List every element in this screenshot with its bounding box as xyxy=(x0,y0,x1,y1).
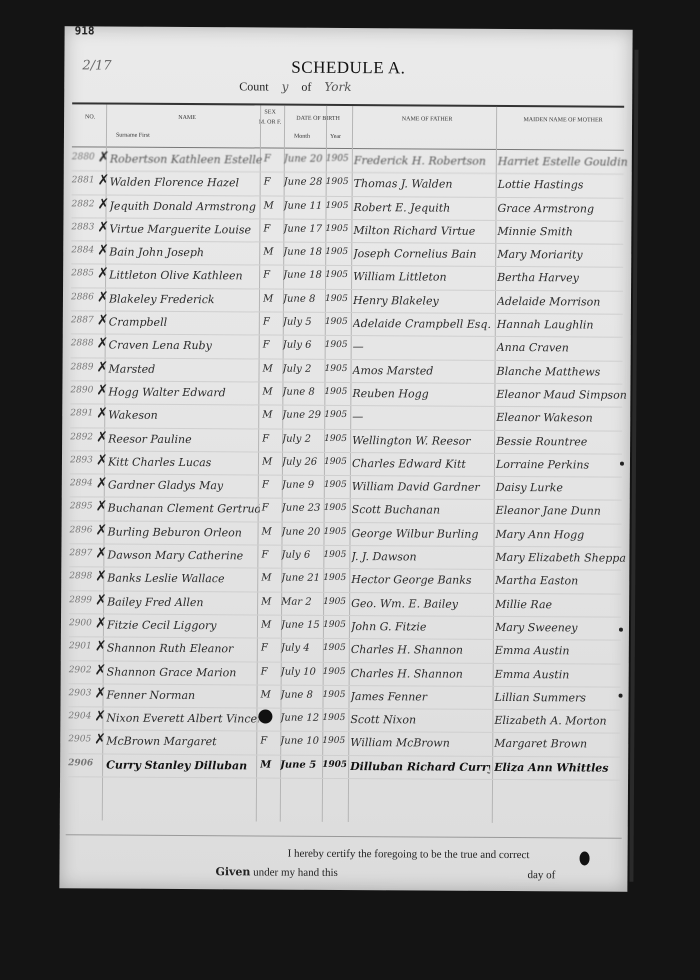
mother-maiden-name: Lottie Hastings xyxy=(498,178,628,192)
birth-year: 1905 xyxy=(325,364,349,374)
birth-month: June 21 xyxy=(281,573,325,584)
sex: M xyxy=(262,386,282,397)
father-name: John G. Fitzie xyxy=(351,620,491,634)
birth-month: June 15 xyxy=(281,620,325,631)
child-name: Shannon Grace Marion xyxy=(107,665,259,679)
mother-maiden-name: Lillian Summers xyxy=(495,691,625,705)
county-line: Count y of York xyxy=(239,79,361,95)
child-name: Fenner Norman xyxy=(107,688,259,702)
col-sex-sub: M. or F. xyxy=(252,119,288,125)
birth-month: June 11 xyxy=(284,200,328,211)
child-name: Reesor Pauline xyxy=(108,432,260,446)
sex: F xyxy=(261,666,281,677)
child-name: Craven Lena Ruby xyxy=(109,339,261,353)
child-name: Fitzie Cecil Liggory xyxy=(107,618,259,632)
table-row: 2896✗Burling Beburon OrleonMJune 201905G… xyxy=(69,521,621,548)
table-row: 2897✗Dawson Mary CatherineFJuly 61905J. … xyxy=(69,544,621,571)
birth-year: 1905 xyxy=(325,340,349,350)
sex: M xyxy=(261,689,281,700)
birth-month: July 6 xyxy=(281,550,325,561)
table-row: 2894✗Gardner Gladys MayFJune 91905Willia… xyxy=(70,474,622,501)
sex: M xyxy=(262,410,282,421)
birth-year: 1905 xyxy=(325,270,349,280)
birth-year: 1905 xyxy=(324,410,348,420)
sex: F xyxy=(263,223,283,234)
father-name: Frederick H. Robertson xyxy=(354,154,494,168)
child-name: Jequith Donald Armstrong xyxy=(110,199,262,213)
table-row: 2899✗Bailey Fred AllenMMar 21905Geo. Wm.… xyxy=(69,591,621,618)
mother-maiden-name: Emma Austin xyxy=(495,644,625,658)
child-name: Wakeson xyxy=(108,409,260,423)
father-name: Charles H. Shannon xyxy=(351,643,491,657)
col-child: Name xyxy=(132,115,242,122)
register-page: 918 2/17 SCHEDULE A. Count y of York No.… xyxy=(59,26,632,891)
mother-maiden-name: Minnie Smith xyxy=(497,225,627,239)
sex: F xyxy=(262,433,282,444)
mother-maiden-name: Hannah Laughlin xyxy=(497,318,627,332)
mother-maiden-name: Mary Sweeney xyxy=(495,621,625,635)
child-name: Buchanan Clement Gertrude xyxy=(108,502,260,516)
table-row: 2884✗Bain John JosephMJune 181905Joseph … xyxy=(71,242,623,269)
father-name: Adelaide Crampbell Esq. xyxy=(353,317,493,331)
father-name: Geo. Wm. E. Bailey xyxy=(351,597,491,611)
table-row: 2900✗Fitzie Cecil LiggoryMJune 151905Joh… xyxy=(69,614,621,641)
child-name: Bain John Joseph xyxy=(109,246,261,260)
mother-maiden-name: Martha Easton xyxy=(495,574,625,588)
birth-month: June 8 xyxy=(281,689,325,700)
county-name: York xyxy=(324,80,351,94)
row-number: 2906 xyxy=(68,758,98,768)
county-number: y xyxy=(282,80,289,94)
father-name: — xyxy=(352,410,492,424)
mother-maiden-name: Harriet Estelle Goulding xyxy=(498,155,628,169)
sex: F xyxy=(260,736,280,747)
mother-maiden-name: Lorraine Perkins xyxy=(496,458,626,472)
father-name: Thomas J. Walden xyxy=(354,177,494,191)
birth-month: June 20 xyxy=(284,154,328,165)
birth-month: June 18 xyxy=(283,270,327,281)
birth-year: 1905 xyxy=(326,154,350,164)
mother-maiden-name: Mary Ann Hogg xyxy=(496,528,626,542)
sex: F xyxy=(261,643,281,654)
day-of-text: day of xyxy=(527,869,555,881)
child-name: Banks Leslie Wallace xyxy=(107,572,259,586)
child-name: Robertson Kathleen Estelle xyxy=(110,153,262,167)
father-name: William Littleton xyxy=(353,271,493,285)
father-name: Charles H. Shannon xyxy=(351,667,491,681)
father-name: Robert E. Jequith xyxy=(353,201,493,215)
father-name: George Wilbur Burling xyxy=(352,527,492,541)
child-name: Virtue Marguerite Louise xyxy=(109,222,261,236)
birth-month: June 18 xyxy=(283,247,327,258)
table-row: 2889✗MarstedMJuly 21905Amos MarstedBlanc… xyxy=(70,358,622,385)
county-of: of xyxy=(301,80,311,94)
col-child-sub: Surname First xyxy=(116,133,150,139)
sex: M xyxy=(263,363,283,374)
table-row: 2906Curry Stanley DillubanMJune 51905Dil… xyxy=(68,754,620,781)
binding-hole xyxy=(258,709,272,723)
child-name: Burling Beburon Orleon xyxy=(108,525,260,539)
table-row: 2885✗Littleton Olive KathleenFJune 18190… xyxy=(71,265,623,292)
father-name: Hector George Banks xyxy=(351,573,491,587)
birth-month: June 23 xyxy=(282,503,326,514)
father-name: William McBrown xyxy=(350,736,490,750)
birth-year: 1905 xyxy=(324,387,348,397)
sex: F xyxy=(262,503,282,514)
birth-month: June 9 xyxy=(282,480,326,491)
page-edge-shadow xyxy=(629,50,638,882)
col-no: No. xyxy=(78,114,102,120)
given-rest: under my hand this xyxy=(253,866,338,879)
child-name: Walden Florence Hazel xyxy=(110,176,262,190)
child-name: Shannon Ruth Eleanor xyxy=(107,642,259,656)
table-row: 2887✗CrampbellFJuly 51905Adelaide Crampb… xyxy=(71,311,623,338)
table-row: 2891✗WakesonMJune 291905—Eleanor Wakeson xyxy=(70,405,622,432)
footer-rule xyxy=(66,834,622,838)
mother-maiden-name: Millie Rae xyxy=(495,598,625,612)
col-date-of-birth: Date of Birth xyxy=(288,116,348,122)
table-row: 2898✗Banks Leslie WallaceMJune 211905Hec… xyxy=(69,568,621,595)
birth-month: June 8 xyxy=(283,293,327,304)
col-mother: Maiden Name of Mother xyxy=(498,117,628,124)
schedule-title: SCHEDULE A. xyxy=(64,56,632,79)
birth-year: 1905 xyxy=(325,247,349,257)
table-row: 2903✗Fenner NormanMJune 81905James Fenne… xyxy=(68,684,620,711)
table-row: 2888✗Craven Lena RubyFJuly 61905—Anna Cr… xyxy=(71,335,623,362)
father-name: Reuben Hogg xyxy=(352,387,492,401)
father-name: Joseph Cornelius Bain xyxy=(353,247,493,261)
ink-dot xyxy=(619,628,623,632)
table-row: 2902✗Shannon Grace MarionFJuly 101905Cha… xyxy=(69,661,621,688)
father-name: J. J. Dawson xyxy=(351,550,491,564)
child-name: Gardner Gladys May xyxy=(108,479,260,493)
mother-maiden-name: Eleanor Maud Simpson xyxy=(496,388,626,402)
sex: F xyxy=(263,317,283,328)
birth-month: July 2 xyxy=(282,433,326,444)
birth-year: 1905 xyxy=(325,317,349,327)
county-label: Count xyxy=(239,79,268,93)
birth-month: June 20 xyxy=(282,526,326,537)
child-name: Kitt Charles Lucas xyxy=(108,455,260,469)
mother-maiden-name: Blanche Matthews xyxy=(497,365,627,379)
birth-year: 1905 xyxy=(324,527,348,537)
child-name: Bailey Fred Allen xyxy=(107,595,259,609)
ink-dot xyxy=(620,462,624,466)
birth-year: 1905 xyxy=(324,480,348,490)
birth-year: 1905 xyxy=(324,503,348,513)
table-row: 2905✗McBrown MargaretFJune 101905William… xyxy=(68,731,620,758)
birth-year: 1905 xyxy=(323,666,347,676)
father-name: Amos Marsted xyxy=(353,364,493,378)
birth-year: 1905 xyxy=(323,620,347,630)
birth-year: 1905 xyxy=(323,597,347,607)
birth-month: June 17 xyxy=(283,224,327,235)
mother-maiden-name: Eliza Ann Whittles xyxy=(494,761,624,775)
sex: M xyxy=(261,573,281,584)
sex: F xyxy=(261,550,281,561)
sex: M xyxy=(263,247,283,258)
father-name: Dilluban Richard Curry xyxy=(350,760,490,774)
table-row: 2901✗Shannon Ruth EleanorFJuly 41905Char… xyxy=(69,638,621,665)
mother-maiden-name: Adelaide Morrison xyxy=(497,295,627,309)
father-name: James Fenner xyxy=(351,690,491,704)
birth-month: June 28 xyxy=(284,177,328,188)
mother-maiden-name: Bertha Harvey xyxy=(497,271,627,285)
child-name: Littleton Olive Kathleen xyxy=(109,269,261,283)
child-name: Nixon Everett Albert Vincent xyxy=(106,712,258,726)
birth-year: 1905 xyxy=(322,760,346,770)
sex: M xyxy=(260,759,280,770)
mother-maiden-name: Elizabeth A. Morton xyxy=(494,714,624,728)
table-row: 2880✗Robertson Kathleen EstelleFJune 201… xyxy=(72,148,624,175)
table-row: 2886✗Blakeley FrederickMJune 81905Henry … xyxy=(71,288,623,315)
mother-maiden-name: Emma Austin xyxy=(495,667,625,681)
sex: F xyxy=(263,340,283,351)
birth-year: 1905 xyxy=(326,177,350,187)
page-stamp: 918 xyxy=(75,24,95,37)
birth-month: Mar 2 xyxy=(281,596,325,607)
sex: M xyxy=(261,619,281,630)
birth-month: July 26 xyxy=(282,456,326,467)
table-row: 2881✗Walden Florence HazelFJune 281905Th… xyxy=(72,172,624,199)
sex: M xyxy=(262,526,282,537)
table-row: 2882✗Jequith Donald ArmstrongMJune 11190… xyxy=(71,195,623,222)
birth-year: 1905 xyxy=(323,643,347,653)
mother-maiden-name: Bessie Rountree xyxy=(496,434,626,448)
child-name: Crampbell xyxy=(109,316,261,330)
mother-maiden-name: Eleanor Jane Dunn xyxy=(496,504,626,518)
birth-month: July 5 xyxy=(283,317,327,328)
sex: M xyxy=(263,293,283,304)
birth-month: June 29 xyxy=(282,410,326,421)
child-name: Blakeley Frederick xyxy=(109,292,261,306)
birth-month: July 2 xyxy=(283,363,327,374)
birth-year: 1905 xyxy=(324,433,348,443)
mother-maiden-name: Daisy Lurke xyxy=(496,481,626,495)
table-row: 2892✗Reesor PaulineFJuly 21905Wellington… xyxy=(70,428,622,455)
father-name: Henry Blakeley xyxy=(353,294,493,308)
birth-month: June 12 xyxy=(280,713,324,724)
birth-year: 1905 xyxy=(326,200,350,210)
father-name: William David Gardner xyxy=(352,480,492,494)
child-name: Marsted xyxy=(109,362,261,376)
table-row: 2890✗Hogg Walter EdwardMJune 81905Reuben… xyxy=(70,381,622,408)
mother-maiden-name: Margaret Brown xyxy=(494,737,624,751)
father-name: Scott Nixon xyxy=(350,713,490,727)
mother-maiden-name: Anna Craven xyxy=(497,341,627,355)
child-name: Dawson Mary Catherine xyxy=(107,549,259,563)
certification-text: I hereby certify the foregoing to be the… xyxy=(288,848,530,861)
col-father: Name of Father xyxy=(362,116,492,123)
birth-month: July 4 xyxy=(281,643,325,654)
sex: M xyxy=(262,456,282,467)
birth-year: 1905 xyxy=(324,457,348,467)
col-year: Year xyxy=(330,134,341,140)
child-name: McBrown Margaret xyxy=(106,735,258,749)
birth-year: 1905 xyxy=(323,550,347,560)
father-name: — xyxy=(353,340,493,354)
birth-year: 1905 xyxy=(322,736,346,746)
birth-year: 1905 xyxy=(325,224,349,234)
table-row: 2895✗Buchanan Clement GertrudeFJune 2319… xyxy=(70,498,622,525)
mother-maiden-name: Mary Elizabeth Sheppard xyxy=(495,551,625,565)
father-name: Charles Edward Kitt xyxy=(352,457,492,471)
birth-month: July 10 xyxy=(281,666,325,677)
father-name: Milton Richard Virtue xyxy=(353,224,493,238)
father-name: Scott Buchanan xyxy=(352,503,492,517)
sex: M xyxy=(261,596,281,607)
sex: F xyxy=(264,153,284,164)
sex: M xyxy=(264,200,284,211)
birth-month: July 6 xyxy=(283,340,327,351)
table-row: 2883✗Virtue Marguerite LouiseFJune 17190… xyxy=(71,218,623,245)
sex: F xyxy=(262,480,282,491)
given-line: Given under my hand this xyxy=(215,865,337,879)
mother-maiden-name: Mary Moriarity xyxy=(497,248,627,262)
father-name: Wellington W. Reesor xyxy=(352,434,492,448)
child-name: Curry Stanley Dilluban xyxy=(106,758,258,772)
col-month: Month xyxy=(294,134,310,140)
birth-month: June 8 xyxy=(282,387,326,398)
birth-year: 1905 xyxy=(322,713,346,723)
binding-hole xyxy=(580,851,590,865)
table-row: 2904✗Nixon Everett Albert VincentMJune 1… xyxy=(68,707,620,734)
birth-month: June 10 xyxy=(280,736,324,747)
birth-year: 1905 xyxy=(323,573,347,583)
birth-year: 1905 xyxy=(323,690,347,700)
sex: F xyxy=(263,270,283,281)
sex: F xyxy=(264,177,284,188)
ink-dot xyxy=(619,694,623,698)
register-rows: 2880✗Robertson Kathleen EstelleFJune 201… xyxy=(68,148,624,780)
table-row: 2893✗Kitt Charles LucasMJuly 261905Charl… xyxy=(70,451,622,478)
child-name: Hogg Walter Edward xyxy=(108,386,260,400)
birth-year: 1905 xyxy=(325,294,349,304)
birth-month: June 5 xyxy=(280,759,324,770)
mother-maiden-name: Grace Armstrong xyxy=(497,202,627,216)
given-bold: Given xyxy=(215,865,250,878)
table-header: No. Name Surname First Sex M. or F. Date… xyxy=(72,104,624,150)
mother-maiden-name: Eleanor Wakeson xyxy=(496,411,626,425)
